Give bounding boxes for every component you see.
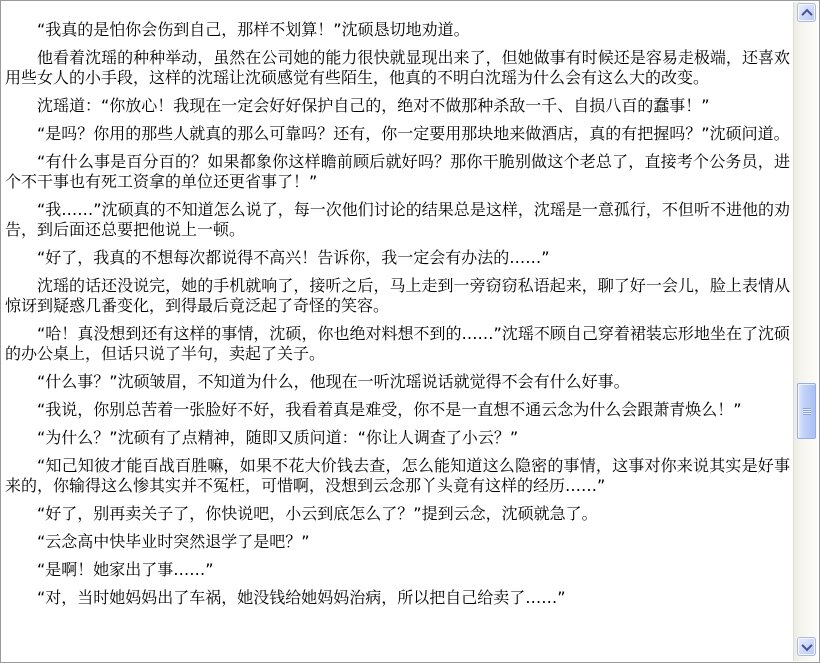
paragraph: “哈！真没想到还有这样的事情，沈硕，你也绝对料想不到的……”沈瑶不顾自己穿着裙装… (5, 324, 790, 364)
paragraph: “什么事？”沈硕皱眉，不知道为什么，他现在一听沈瑶说话就觉得不会有什么好事。 (5, 372, 790, 392)
paragraph: “知己知彼才能百战百胜嘛，如果不花大价钱去查，怎么能知道这么隐密的事情，这事对你… (5, 456, 790, 496)
text-page-window: “我真的是怕你会伤到自己，那样不划算！”沈硕恳切地劝道。 他看着沈瑶的种种举动，… (0, 0, 820, 663)
grip-lines-icon (803, 408, 811, 415)
chevron-down-icon (801, 639, 812, 650)
paragraph: “是啊！她家出了事……” (5, 560, 790, 580)
vertical-scrollbar[interactable] (793, 2, 818, 661)
paragraph: “我真的是怕你会伤到自己，那样不划算！”沈硕恳切地劝道。 (5, 20, 790, 40)
paragraph: “好了，我真的不想每次都说得不高兴！告诉你，我一定会有办法的……” (5, 248, 790, 268)
paragraph: “有什么事是百分百的？如果都象你这样瞻前顾后就好吗？那你干脆别做这个老总了，直接… (5, 152, 790, 192)
scrollbar-thumb[interactable] (797, 383, 816, 439)
chevron-up-icon (801, 8, 812, 19)
scroll-up-button[interactable] (797, 3, 816, 22)
paragraph: “对，当时她妈妈出了车祸，她没钱给她妈妈治病，所以把自己给卖了……” (5, 588, 790, 608)
scroll-down-button[interactable] (797, 637, 816, 656)
novel-text-content: “我真的是怕你会伤到自己，那样不划算！”沈硕恳切地劝道。 他看着沈瑶的种种举动，… (2, 1, 792, 661)
paragraph: “是吗？你用的那些人就真的那么可靠吗？还有，你一定要用那块地来做酒店，真的有把握… (5, 124, 790, 144)
paragraph: “为什么？”沈硕有了点精神，随即又质问道：“你让人调查了小云？” (5, 428, 790, 448)
paragraph: “我说，你别总苦着一张脸好不好，我看着真是难受，你不是一直想不通云念为什么会跟萧… (5, 400, 790, 420)
paragraph: “我……”沈硕真的不知道怎么说了，每一次他们讨论的结果总是这样，沈瑶是一意孤行，… (5, 200, 790, 240)
paragraph: 沈瑶的话还没说完，她的手机就响了，接听之后，马上走到一旁窃窃私语起来，聊了好一会… (5, 276, 790, 316)
paragraph: 他看着沈瑶的种种举动，虽然在公司她的能力很快就显现出来了，但她做事有时候还是容易… (5, 48, 790, 88)
paragraph: “好了，别再卖关子了，你快说吧，小云到底怎么了？”提到云念，沈硕就急了。 (5, 504, 790, 524)
paragraph: “云念高中快毕业时突然退学了是吧？” (5, 532, 790, 552)
paragraph: 沈瑶道：“你放心！我现在一定会好好保护自己的，绝对不做那种杀敌一千、自损八百的蠢… (5, 96, 790, 116)
